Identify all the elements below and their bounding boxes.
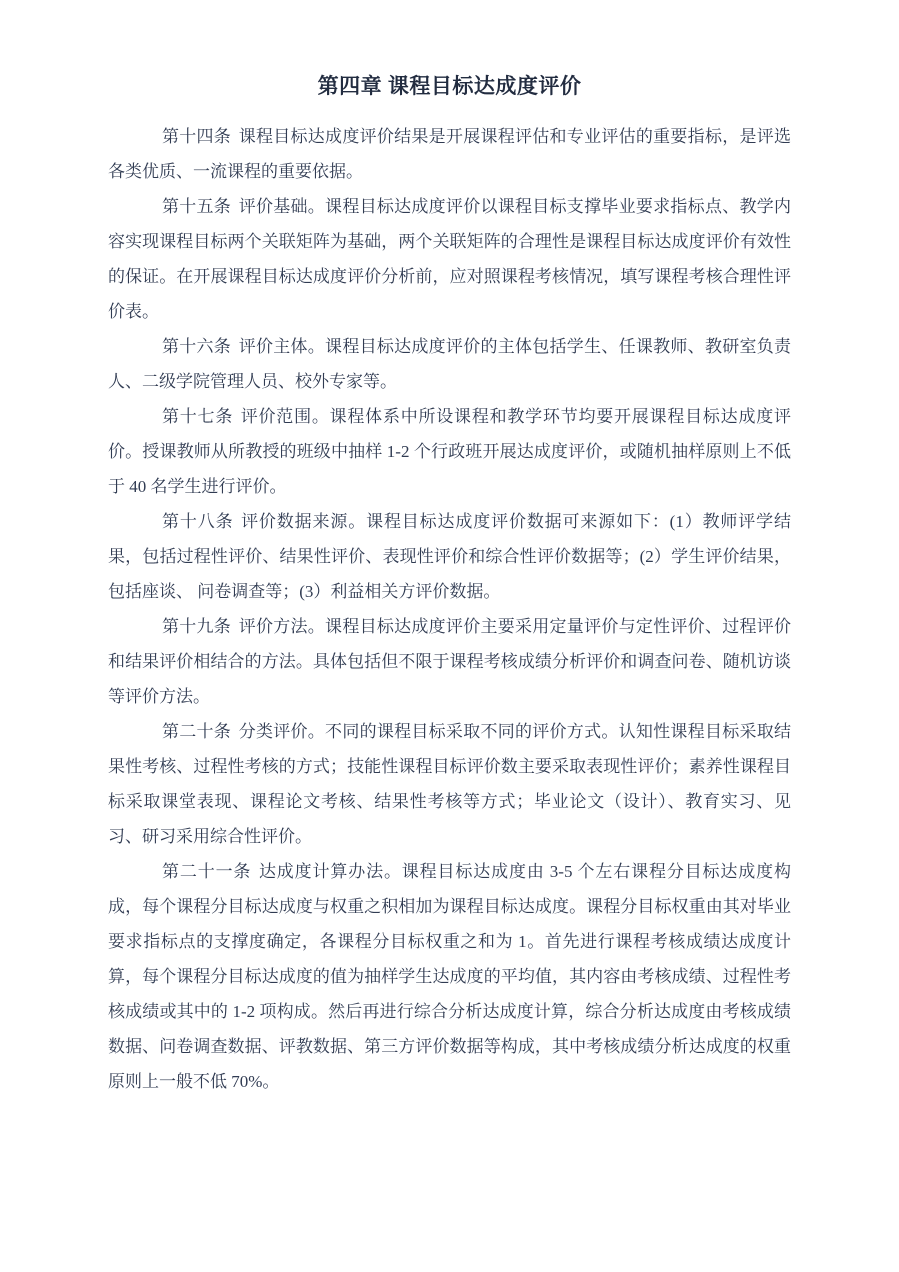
- document-page: 第四章 课程目标达成度评价 第十四条课程目标达成度评价结果是开展课程评估和专业评…: [0, 0, 899, 1272]
- article-number: 第二十一条: [162, 862, 251, 881]
- article-number: 第十四条: [162, 127, 231, 146]
- article-number: 第十八条: [162, 512, 233, 531]
- article-paragraph-19: 第十九条评价方法。课程目标达成度评价主要采用定量评价与定性评价、过程评价和结果评…: [108, 609, 791, 714]
- article-number: 第十六条: [162, 337, 231, 356]
- article-paragraph-17: 第十七条评价范围。课程体系中所设课程和教学环节均要开展课程目标达成度评价。授课教…: [108, 399, 791, 504]
- article-paragraph-21: 第二十一条达成度计算办法。课程目标达成度由 3-5 个左右课程分目标达成度构成，…: [108, 854, 791, 1099]
- article-number: 第十五条: [162, 197, 231, 216]
- article-paragraph-15: 第十五条评价基础。课程目标达成度评价以课程目标支撑毕业要求指标点、教学内容实现课…: [108, 189, 791, 329]
- article-number: 第十七条: [162, 407, 233, 426]
- article-number: 第十九条: [162, 617, 231, 636]
- article-number: 第二十条: [162, 722, 231, 741]
- article-paragraph-20: 第二十条分类评价。不同的课程目标采取不同的评价方式。认知性课程目标采取结果性考核…: [108, 714, 791, 854]
- article-text: 达成度计算办法。课程目标达成度由 3-5 个左右课程分目标达成度构成，每个课程分…: [108, 862, 791, 1091]
- article-paragraph-14: 第十四条课程目标达成度评价结果是开展课程评估和专业评估的重要指标，是评选各类优质…: [108, 119, 791, 189]
- chapter-title: 第四章 课程目标达成度评价: [108, 70, 791, 102]
- article-paragraph-16: 第十六条评价主体。课程目标达成度评价的主体包括学生、任课教师、教研室负责人、二级…: [108, 329, 791, 399]
- article-paragraph-18: 第十八条评价数据来源。课程目标达成度评价数据可来源如下：(1）教师评学结果，包括…: [108, 504, 791, 609]
